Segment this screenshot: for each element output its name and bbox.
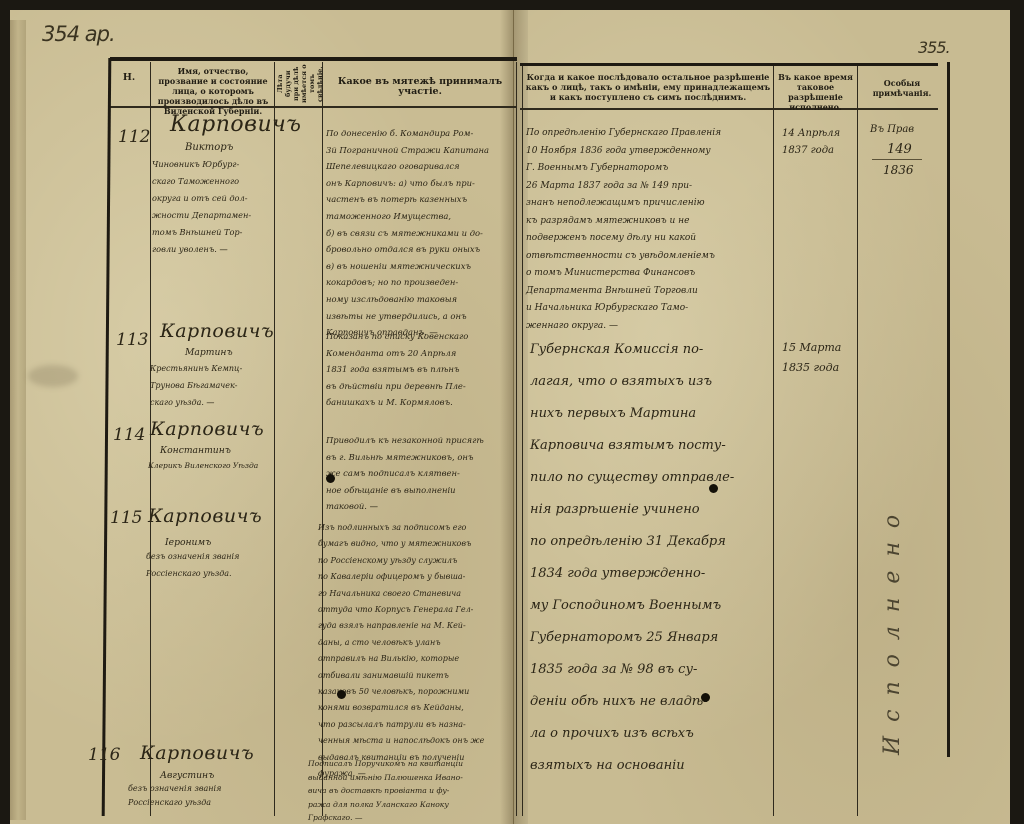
- punch-hole: [709, 484, 718, 493]
- punch-hole: [326, 474, 335, 483]
- entry-participation: По донесенію б. Командира Ром- 3й Погран…: [326, 125, 516, 341]
- entry-given-name: Викторъ: [185, 140, 233, 155]
- page-edges: [10, 20, 26, 820]
- remarks-ref-year: 1836: [883, 163, 914, 178]
- entry-executed-date: 14 Апрѣля 1837 года: [782, 125, 857, 159]
- header-remarks: Особыя примѣчанія.: [858, 78, 946, 98]
- entry-participation: Показанъ по списку Ковенскаго Коменданта…: [326, 328, 516, 411]
- entry-participation: Приводилъ къ незаконной присягѣ въ г. Ви…: [326, 432, 516, 515]
- left-page-number: 354 ap.: [42, 22, 115, 46]
- entry-status: безъ означенія званія Россіенскаго уѣзда: [128, 782, 268, 810]
- entry-number: 113: [116, 330, 148, 350]
- right-page-number: 355.: [918, 38, 950, 57]
- entry-number: 114: [113, 425, 145, 445]
- header-person: Имя, отчество, прозвание и состояние лиц…: [152, 66, 274, 116]
- punch-hole: [337, 690, 346, 699]
- entry-surname: Карповичъ: [148, 505, 262, 527]
- right-border-rule: [947, 62, 950, 757]
- punch-hole: [701, 693, 710, 702]
- remarks-fraction-line: [872, 159, 922, 160]
- entry-executed-date: 15 Марта 1835 года: [782, 338, 857, 378]
- entry-surname: Карповичъ: [150, 418, 264, 440]
- right-page-edge-rule: [522, 66, 523, 816]
- entry-surname: Карповичъ: [140, 742, 254, 764]
- entry-participation: Изъ подлинныхъ за подписомъ его бумагъ в…: [318, 520, 514, 783]
- header-bottom-rule-right: [520, 108, 938, 110]
- entry-surname: Карповичъ: [170, 112, 301, 137]
- smudge: [28, 365, 78, 387]
- remarks-ref-label: Въ Прав: [870, 122, 914, 137]
- remarks-vertical-note: Исполнено: [880, 345, 905, 755]
- entry-status: безъ означенія званія Россіенскаго уѣзда…: [146, 548, 274, 582]
- header-participation: Какое въ мятежѣ принималъ участіе.: [324, 77, 516, 97]
- entry-surname: Карповичъ: [160, 320, 274, 342]
- col-divider-person: [274, 62, 275, 816]
- entry-status: Клерикъ Виленского Уѣзда: [148, 458, 274, 475]
- entry-resolution: По опредѣленію Губернскаго Правленія 10 …: [526, 125, 773, 335]
- entry-status: Чиновникъ Юрбург- скаго Таможенного окру…: [152, 156, 274, 258]
- header-number: Н.: [108, 73, 150, 83]
- header-executed: Въ какое время таковое разрѣшеніе исполн…: [774, 72, 857, 112]
- header-top-rule-left: [110, 57, 517, 61]
- entry-participation: Подписалъ Поручикомъ на квитанціи выданн…: [308, 757, 514, 824]
- col-divider-executed: [857, 66, 858, 816]
- entry-status: Крестьянинъ Кемпц- Трунова Бѣгамачек- ск…: [150, 360, 274, 411]
- entry-resolution: Губернская Комиссія по- лагая, что о взя…: [530, 334, 773, 782]
- entry-number: 115: [110, 508, 142, 528]
- left-page-edge-rule: [516, 62, 517, 816]
- header-top-rule-right: [520, 63, 938, 66]
- header-property: Лѣта будучи при дѣлѣ имѣется о томъ свѣд…: [276, 64, 320, 104]
- entry-number: 112: [118, 127, 150, 147]
- col-divider-resolution: [773, 66, 774, 816]
- remarks-ref-number: 149: [887, 142, 912, 157]
- header-resolution: Когда и какое послѣдовало остальное разр…: [523, 72, 773, 102]
- entry-number: 116: [88, 745, 120, 765]
